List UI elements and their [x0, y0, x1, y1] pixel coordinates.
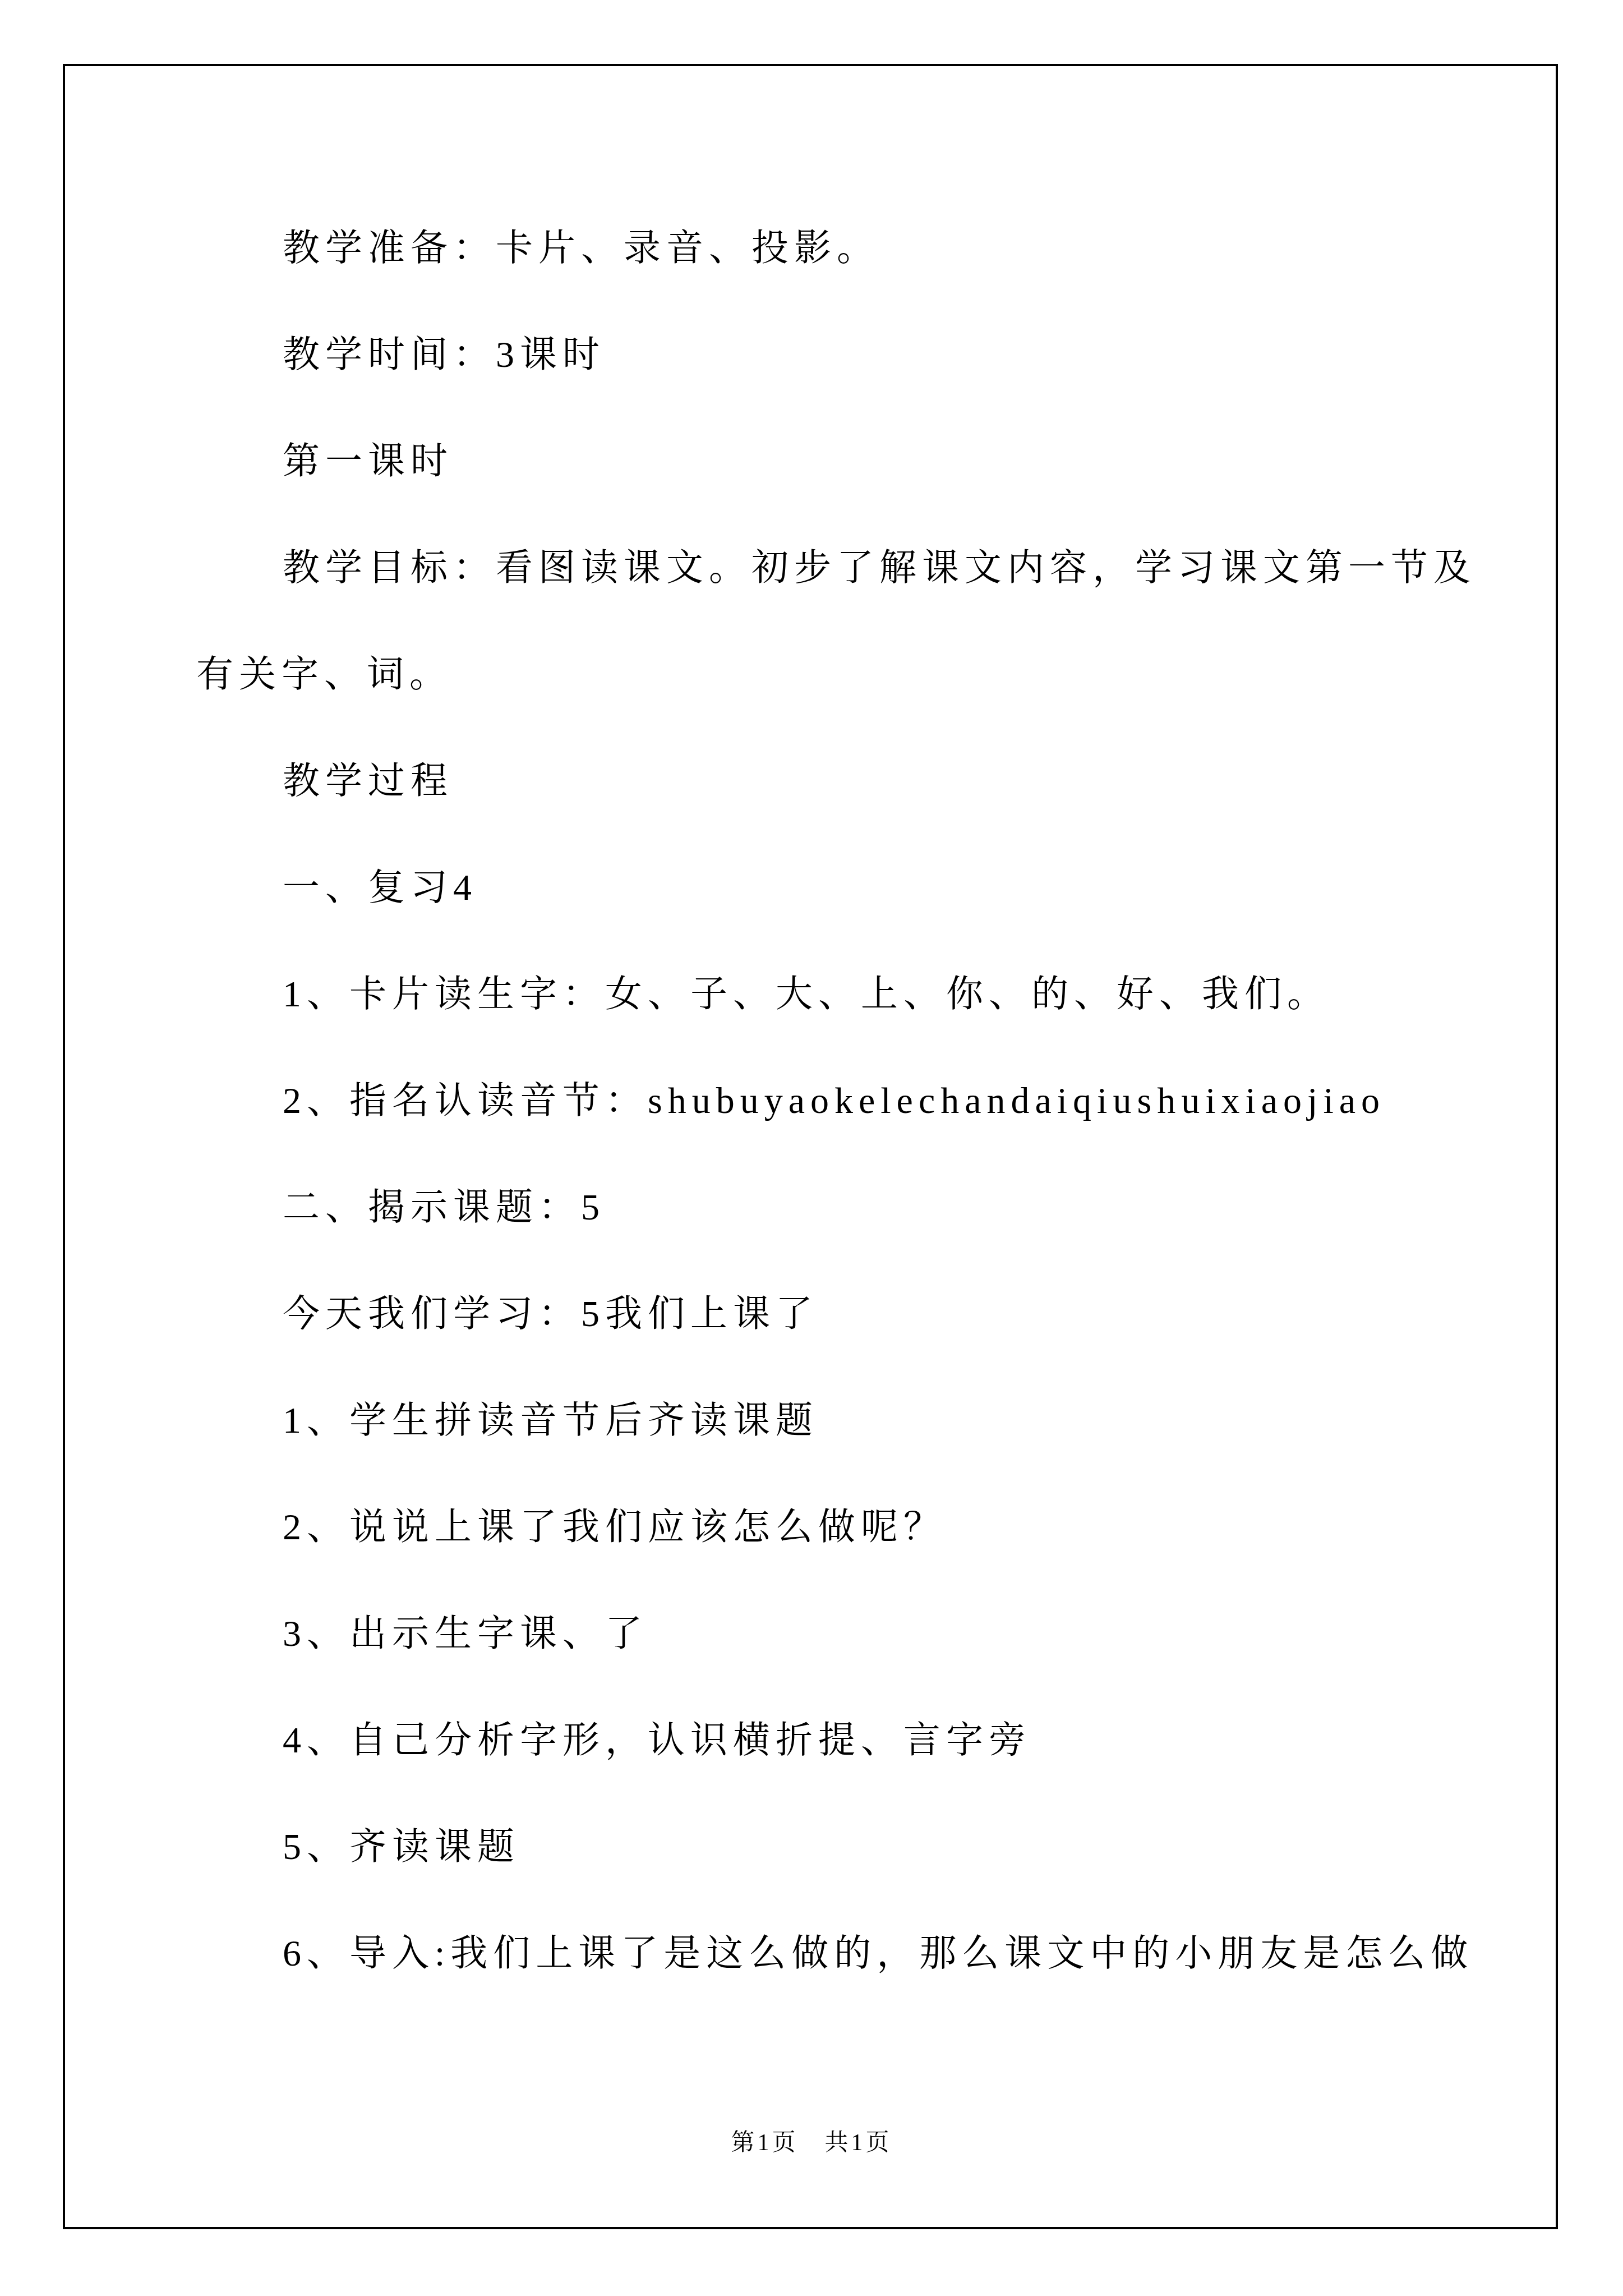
text-line: 1、学生拼读音节后齐读课题	[196, 1368, 1437, 1474]
text-line: 6、导入:我们上课了是这么做的，那么课文中的小朋友是怎么做	[196, 1901, 1437, 2007]
text-line: 5、齐读课题	[196, 1794, 1437, 1901]
text-line: 1、卡片读生字：女、子、大、上、你、的、好、我们。	[196, 941, 1437, 1048]
page-footer: 第1页 共1页	[0, 2122, 1623, 2164]
text-line: 一、复习4	[196, 835, 1437, 941]
text-line: 教学目标：看图读课文。初步了解课文内容，学习课文第一节及	[196, 515, 1437, 622]
text-line: 二、揭示课题：5	[196, 1154, 1437, 1261]
text-line: 第一课时	[196, 408, 1437, 515]
text-line: 2、说说上课了我们应该怎么做呢？	[196, 1474, 1437, 1581]
text-line: 3、出示生字课、了	[196, 1581, 1437, 1687]
text-line: 今天我们学习：5我们上课了	[196, 1261, 1437, 1368]
document-body: 教学准备：卡片、录音、投影。 教学时间：3课时 第一课时 教学目标：看图读课文。…	[196, 195, 1437, 2007]
text-line: 教学时间：3课时	[196, 302, 1437, 408]
text-line: 教学准备：卡片、录音、投影。	[196, 195, 1437, 302]
text-line: 教学过程	[196, 728, 1437, 835]
text-line: 2、指名认读音节：shubuyaokelechandaiqiushuixiaoj…	[196, 1048, 1437, 1154]
text-line: 4、自己分析字形，认识横折提、言字旁	[196, 1687, 1437, 1794]
text-line-continuation: 有关字、词。	[196, 622, 1437, 728]
document-page: 教学准备：卡片、录音、投影。 教学时间：3课时 第一课时 教学目标：看图读课文。…	[0, 0, 1623, 2296]
page-number: 第1页 共1页	[731, 2130, 892, 2156]
